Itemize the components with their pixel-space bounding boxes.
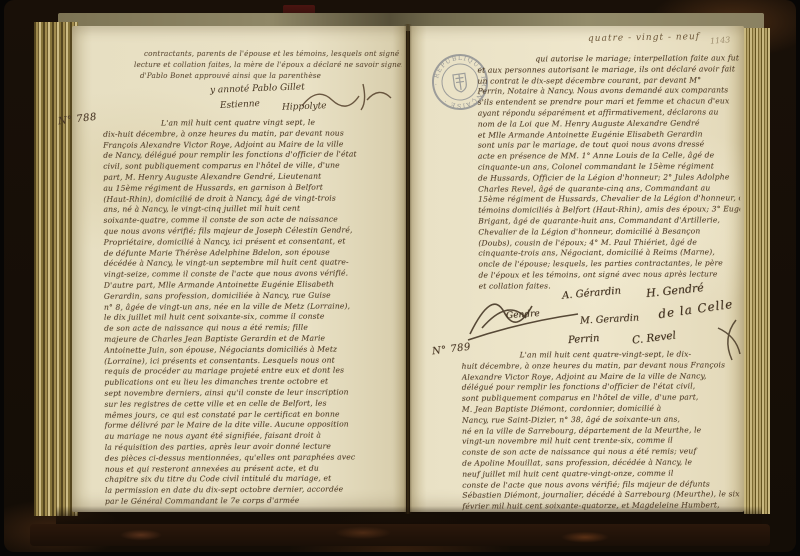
signature-estienne: Estienne (220, 99, 260, 111)
manuscript-line: né en la ville de Sarrebourg, départemen… (462, 425, 742, 437)
manuscript-line: Brigant, âgé de quarante-huit ans, Comma… (478, 215, 740, 227)
right-page-edges (744, 28, 770, 514)
right-page: quatre - vingt - neuf 1143 · RÉPUBLIQUE … (410, 26, 744, 512)
marginal-approval-note: y annoté Pablo Gillet (210, 82, 305, 95)
manuscript-line: de l'époux et les témoins, ont signé ave… (479, 269, 741, 281)
page-bottom-shadow (56, 506, 762, 526)
manuscript-line: de Hussards, Officier de la Légion d'hon… (478, 172, 740, 184)
signature-perrin: Perrin (568, 333, 600, 346)
signature-c-revel: C. Revel (631, 329, 676, 346)
manuscript-line: lecture et collation faites, la mère de … (134, 59, 402, 70)
signature-gendre: Gendre (506, 309, 540, 321)
marriage-act-789-text: L'an mil huit cent quatre-vingt-sept, le… (462, 349, 743, 512)
photographed-register-book: contractants, parents de l'épouse et les… (0, 0, 800, 556)
signature-de-la-celle: de la Celle (657, 297, 734, 321)
manuscript-line: et aux personnes autorisant le mariage, … (477, 64, 739, 76)
book-gutter (404, 24, 412, 514)
marriage-act-788-continuation: qui autorise le mariage; interpellation … (477, 53, 740, 292)
left-page: contractants, parents de l'épouse et les… (72, 26, 406, 512)
manuscript-line: ayant répondu séparément et affirmativem… (478, 107, 740, 119)
signature-hippolyte: Hippolyte (282, 101, 327, 113)
stamp-crest (453, 73, 467, 92)
marriage-act-788-text: L'an mil huit cent quatre vingt sept, le… (103, 117, 403, 507)
manuscript-line: de Nancy, délégué pour remplir les fonct… (103, 150, 401, 162)
previous-act-closing: contractants, parents de l'épouse et les… (144, 48, 402, 81)
manuscript-line: Alexandre Victor Roye, Adjoint au Maire … (462, 371, 742, 383)
manuscript-line: contractants, parents de l'épouse et les… (144, 48, 402, 59)
manuscript-line: d'Pablo Bonet approuvé ainsi que la pare… (140, 70, 402, 81)
folio-header-words: quatre - vingt - neuf (588, 32, 700, 44)
book-cover-bottom-edge (30, 524, 770, 546)
folio-pencil-number: 1143 (710, 35, 731, 45)
signature-m-gerardin: M. Gerardin (580, 312, 639, 326)
